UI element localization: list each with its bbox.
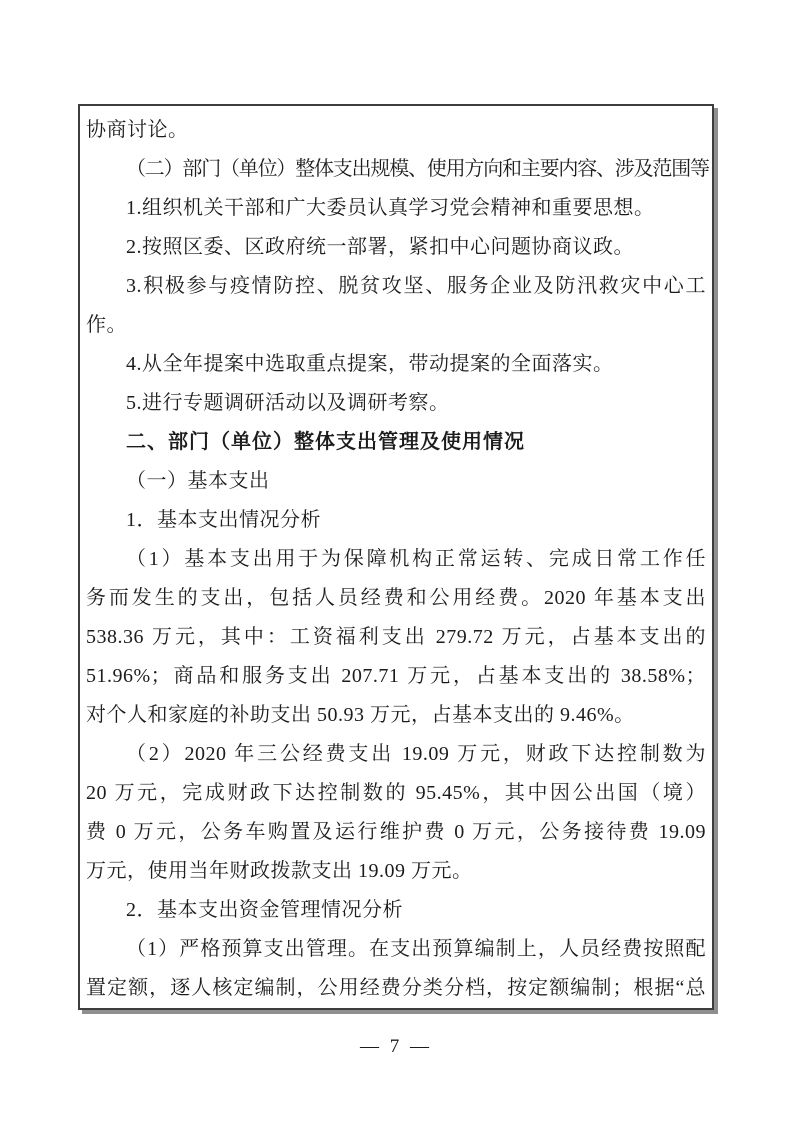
page-number: — 7 — [78, 1036, 714, 1058]
paragraph-line: 协商讨论。 [86, 111, 706, 150]
paragraph-line: 1.组织机关干部和广大委员认真学习党会精神和重要思想。 [86, 189, 706, 228]
paragraph-line: 2．基本支出资金管理情况分析 [86, 891, 706, 930]
paragraph-line: 51.96%；商品和服务支出 207.71 万元，占基本支出的 38.58%； [86, 657, 706, 696]
section-heading: 二、部门（单位）整体支出管理及使用情况 [86, 423, 706, 462]
paragraph-line: 务而发生的支出，包括人员经费和公用经费。2020 年基本支出 [86, 579, 706, 618]
paragraph-line: 作。 [86, 306, 706, 345]
paragraph-line: （二）部门（单位）整体支出规模、使用方向和主要内容、涉及范围等 [86, 150, 706, 189]
paragraph-line: 费 0 万元，公务车购置及运行维护费 0 万元，公务接待费 19.09 [86, 813, 706, 852]
paragraph-line: （一）基本支出 [86, 462, 706, 501]
paragraph-line: 538.36 万元，其中：工资福利支出 279.72 万元，占基本支出的 [86, 618, 706, 657]
paragraph-line: 2.按照区委、区政府统一部署，紧扣中心问题协商议政。 [86, 228, 706, 267]
paragraph-line: 1．基本支出情况分析 [86, 501, 706, 540]
paragraph-line: 3.积极参与疫情防控、脱贫攻坚、服务企业及防汛救灾中心工 [86, 267, 706, 306]
paragraph-line: 置定额，逐人核定编制，公用经费分类分档，按定额编制；根据“总 [86, 969, 706, 1008]
paragraph-line: 4.从全年提案中选取重点提案，带动提案的全面落实。 [86, 345, 706, 384]
paragraph-line: 5.进行专题调研活动以及调研考察。 [86, 384, 706, 423]
document-body: 协商讨论。（二）部门（单位）整体支出规模、使用方向和主要内容、涉及范围等1.组织… [86, 111, 706, 1008]
paragraph-line: 20 万元，完成财政下达控制数的 95.45%，其中因公出国（境） [86, 774, 706, 813]
paragraph-line: （2）2020 年三公经费支出 19.09 万元，财政下达控制数为 [86, 735, 706, 774]
paragraph-line: 对个人和家庭的补助支出 50.93 万元，占基本支出的 9.46%。 [86, 696, 706, 735]
paragraph-line: （1）严格预算支出管理。在支出预算编制上，人员经费按照配 [86, 930, 706, 969]
page-frame: 协商讨论。（二）部门（单位）整体支出规模、使用方向和主要内容、涉及范围等1.组织… [78, 104, 714, 1010]
paragraph-line: 万元，使用当年财政拨款支出 19.09 万元。 [86, 852, 706, 891]
paragraph-line: （1）基本支出用于为保障机构正常运转、完成日常工作任 [86, 540, 706, 579]
